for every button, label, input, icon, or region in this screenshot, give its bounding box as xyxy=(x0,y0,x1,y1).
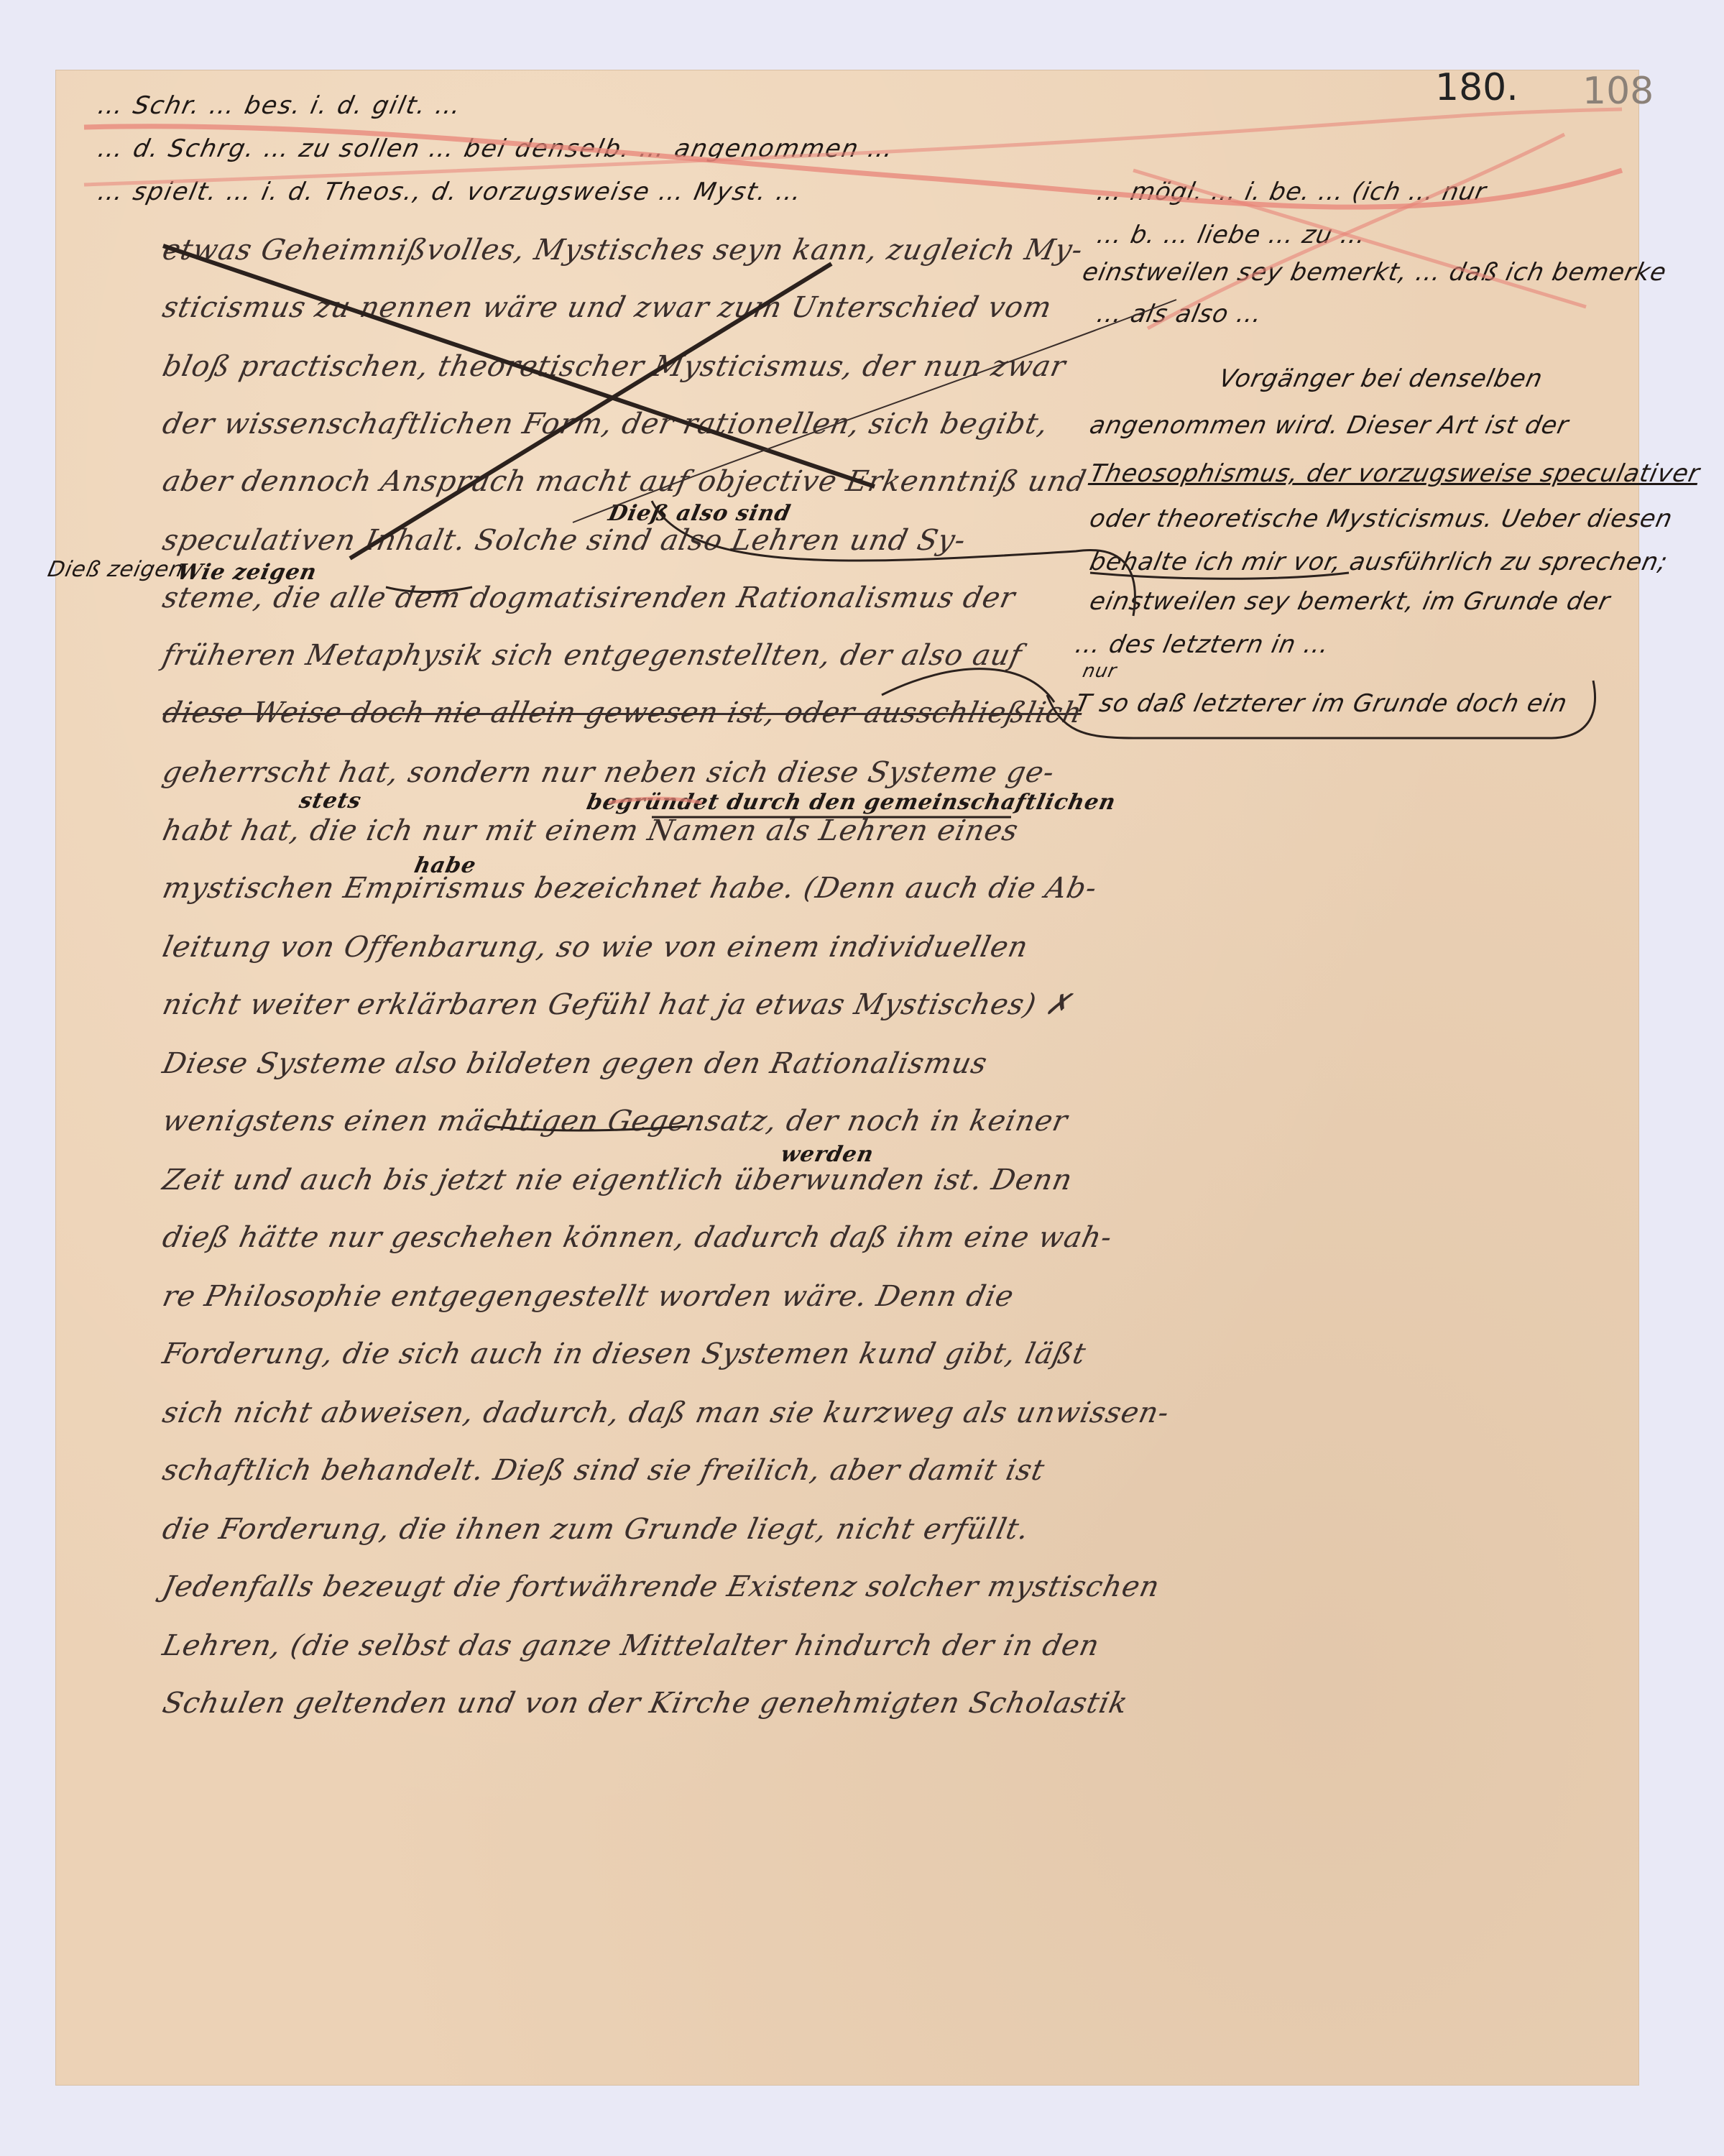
interlinear-insert: habe xyxy=(412,853,479,878)
body-line: geherrscht hat, sondern nur neben sich d… xyxy=(160,756,1058,789)
interlinear-insert: Dieß also sind xyxy=(606,501,793,526)
body-line: re Philosophie entgegengestellt worden w… xyxy=(160,1280,1017,1313)
right-margin-insert: nur xyxy=(1081,660,1119,682)
body-line: die Forderung, die ihnen zum Grunde lieg… xyxy=(160,1513,1032,1546)
body-line: sticismus zu nennen wäre und zwar zum Un… xyxy=(160,291,1055,324)
body-line: mystischen Empirismus bezeichnet habe. (… xyxy=(160,872,1100,905)
body-line: der wissenschaftlichen Form, der ratione… xyxy=(160,407,1051,441)
header-line: … d. Schrg. … zu sollen … bei denselb. …… xyxy=(96,134,898,163)
interlinear-insert: stets xyxy=(297,788,364,814)
body-line: schaftlich behandelt. Dieß sind sie frei… xyxy=(160,1454,1048,1487)
body-line: Schulen geltenden und von der Kirche gen… xyxy=(160,1687,1131,1720)
right-margin-upper-note: … als also … xyxy=(1094,300,1266,328)
body-line: Diese Systeme also bildeten gegen den Ra… xyxy=(160,1047,990,1080)
interlinear-insert: Wie zeigen xyxy=(175,560,319,585)
body-line: wenigstens einen mächtigen Gegensatz, de… xyxy=(160,1105,1071,1138)
right-margin-note: behalte ich mir vor, ausführlich zu spre… xyxy=(1087,548,1671,576)
right-margin-note: Vorgänger bei denselben xyxy=(1217,364,1546,393)
body-line: leitung von Offenbarung, so wie von eine… xyxy=(160,931,1031,964)
body-line: bloß practischen, theoretischer Mysticis… xyxy=(160,350,1069,383)
right-margin-note: einstweilen sey bemerkt, im Grunde der xyxy=(1087,587,1613,616)
page-number-pencil: 108 xyxy=(1582,70,1654,113)
right-margin-note: angenommen wird. Dieser Art ist der xyxy=(1087,411,1572,440)
body-line: habt hat, die ich nur mit einem Namen al… xyxy=(160,814,1021,847)
right-margin-note: … des letztern in … xyxy=(1073,630,1332,659)
body-line: Zeit und auch bis jetzt nie eigentlich ü… xyxy=(160,1164,1076,1197)
body-line: steme, die alle dem dogmatisirenden Rati… xyxy=(160,581,1018,614)
page-number-ink: 180. xyxy=(1435,66,1518,109)
left-margin-note: Dieß zeigen, xyxy=(45,557,193,582)
body-line: Forderung, die sich auch in diesen Syste… xyxy=(160,1337,1089,1370)
interlinear-insert: begründet durch den gemeinschaftlichen xyxy=(584,790,1118,815)
body-line: speculativen Inhalt. Solche sind also Le… xyxy=(160,524,969,557)
right-margin-upper-note: … b. … liebe … zu … xyxy=(1094,221,1369,249)
right-margin-note: oder theoretische Mysticismus. Ueber die… xyxy=(1087,505,1676,533)
body-line-struck: diese Weise doch nie allein gewesen ist,… xyxy=(160,696,1085,729)
body-line: etwas Geheimnißvolles, Mystisches seyn k… xyxy=(160,234,1086,267)
body-line: sich nicht abweisen, dadurch, daß man si… xyxy=(160,1396,1172,1429)
body-line: dieß hätte nur geschehen können, dadurch… xyxy=(160,1221,1115,1254)
body-line: Lehren, (die selbst das ganze Mittelalte… xyxy=(160,1629,1102,1662)
right-margin-bracket-note: T so daß letzterer im Grunde doch ein xyxy=(1073,689,1570,718)
right-margin-note: Theosophismus, der vorzugsweise speculat… xyxy=(1087,459,1702,488)
manuscript-page: 180. 108 … Schr. … bes. i. d. gilt. … … … xyxy=(55,70,1639,2086)
right-margin-upper-note: … mögl. … i. be. … (ich … nur xyxy=(1094,178,1489,206)
header-line: … spielt. … i. d. Theos., d. vorzugsweis… xyxy=(96,178,806,206)
body-line: Jedenfalls bezeugt die fortwährende Exis… xyxy=(160,1570,1163,1603)
right-margin-upper-note: einstweilen sey bemerkt, … daß ich bemer… xyxy=(1080,258,1669,287)
body-line: aber dennoch Anspruch macht auf objectiv… xyxy=(160,465,1089,498)
header-line: … Schr. … bes. i. d. gilt. … xyxy=(96,91,465,120)
body-line: nicht weiter erklärbaren Gefühl hat ja e… xyxy=(160,988,1074,1021)
interlinear-insert: werden xyxy=(778,1142,876,1167)
body-line: früheren Metaphysik sich entgegenstellte… xyxy=(160,639,1025,672)
